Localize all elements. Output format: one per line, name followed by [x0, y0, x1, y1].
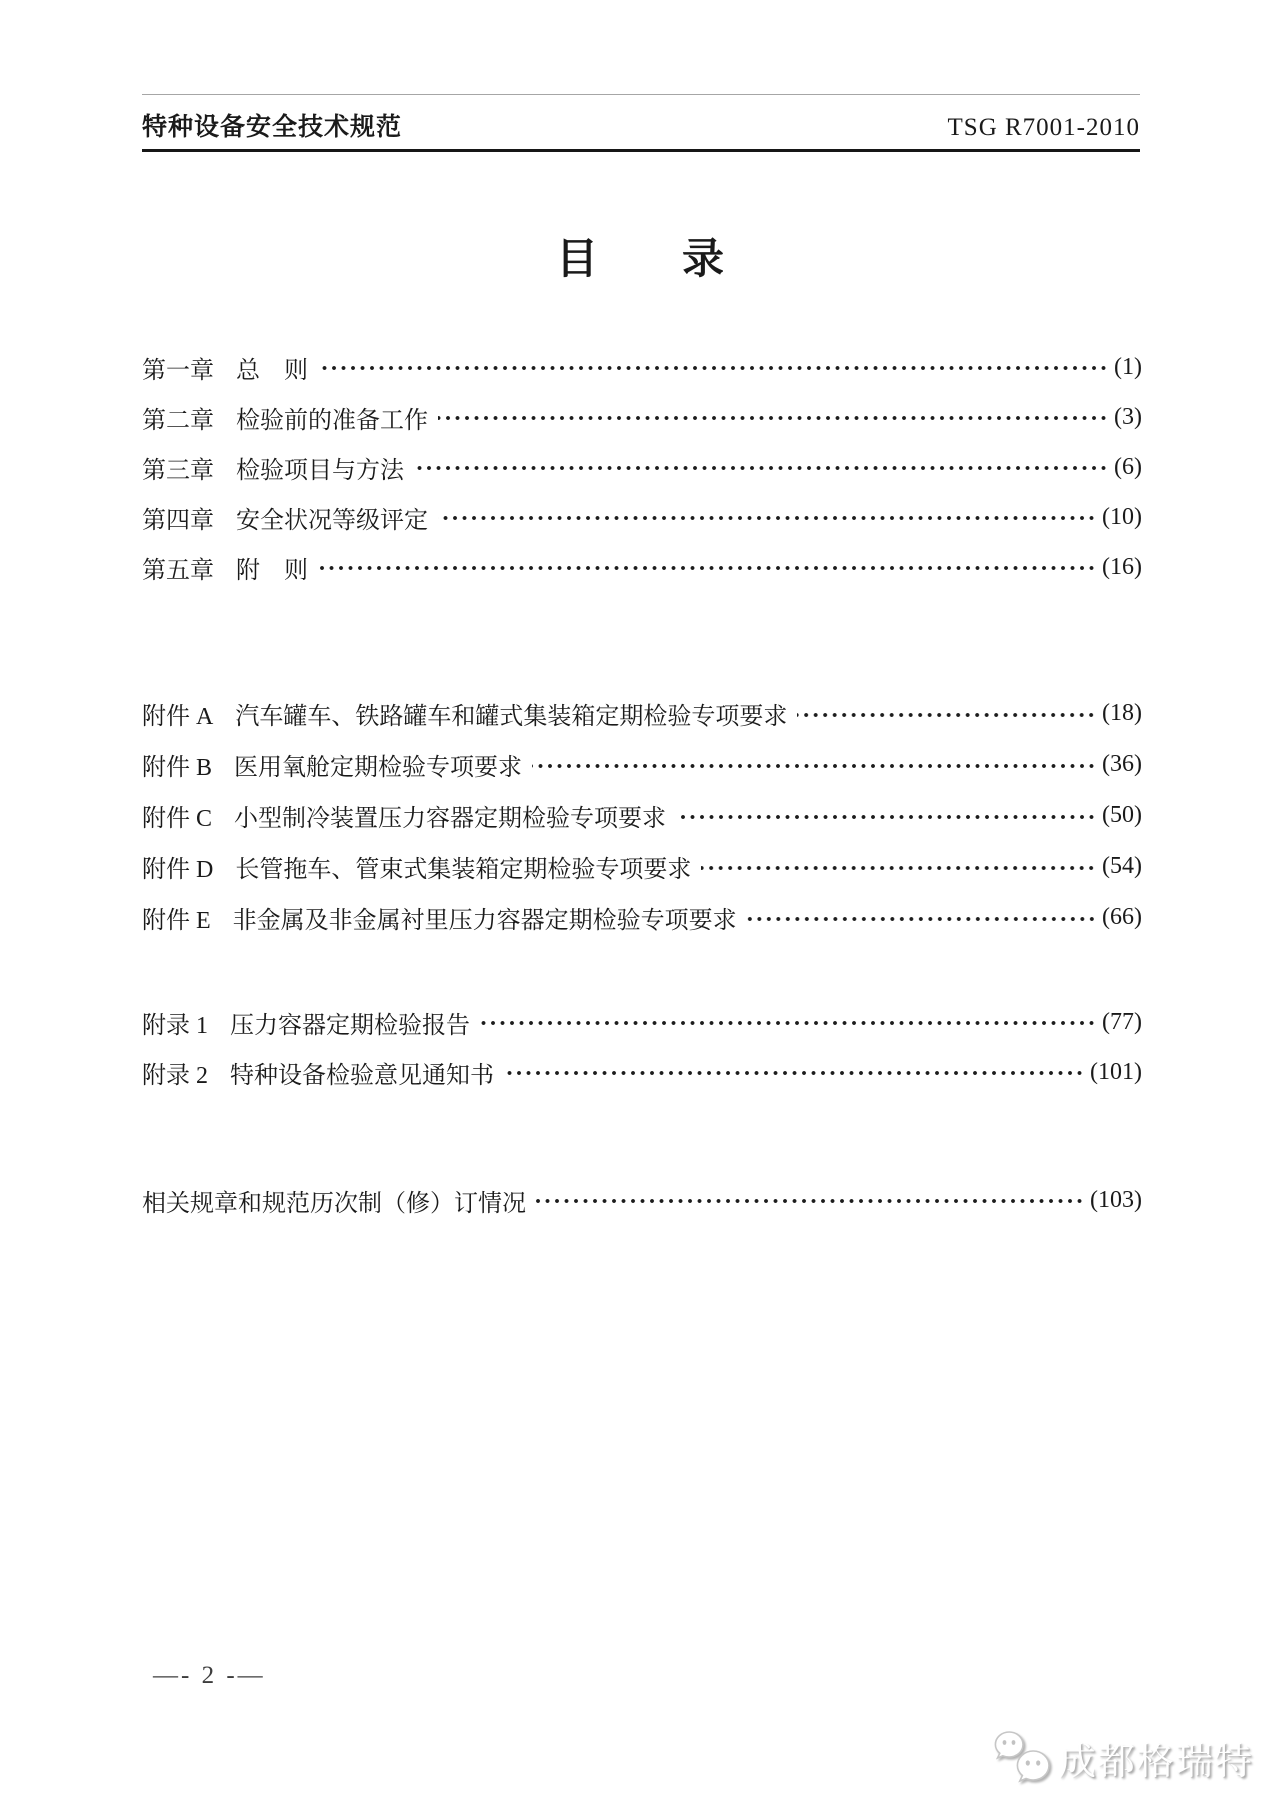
- toc-appendices-section: 附录 1压力容器定期检验报告(77)附录 2特种设备检验意见通知书(101): [142, 997, 1142, 1097]
- toc-entry: 附件 A汽车罐车、铁路罐车和罐式集装箱定期检验专项要求(18): [142, 688, 1142, 739]
- toc-entry-title: 医用氧舱定期检验专项要求: [234, 747, 522, 782]
- dot-leader: [676, 814, 1098, 820]
- toc-entry-title: 非金属及非金属衬里压力容器定期检验专项要求: [233, 900, 737, 935]
- toc-revision-section: 相关规章和规范历次制（修）订情况(103): [142, 1175, 1142, 1225]
- toc-entry-label: 第三章: [142, 450, 214, 485]
- toc-entry-label: 附录 2: [142, 1055, 208, 1090]
- toc-entry-label: 附件 D: [142, 849, 213, 884]
- header-standard-code: TSG R7001-2010: [948, 114, 1140, 142]
- toc-entry: 附录 1压力容器定期检验报告(77): [142, 997, 1142, 1047]
- dot-leader: [480, 1020, 1098, 1026]
- toc-entry: 附件 C小型制冷装置压力容器定期检验专项要求(50): [142, 790, 1142, 841]
- toc-entry-page-number: (54): [1102, 853, 1142, 880]
- toc-entry: 附件 B医用氧舱定期检验专项要求(36): [142, 739, 1142, 790]
- toc-entry: 第二章检验前的准备工作(3): [142, 392, 1142, 442]
- toc-entry-page-number: (101): [1090, 1059, 1142, 1086]
- toc-entry-page-number: (3): [1114, 404, 1142, 431]
- toc-entry-label: 附件 E: [142, 900, 211, 935]
- toc-entry-page-number: (1): [1114, 354, 1142, 381]
- toc-entry-page-number: (66): [1102, 904, 1142, 931]
- dot-leader: [318, 565, 1098, 571]
- dot-leader: [797, 712, 1098, 718]
- toc-entry-title: 特种设备检验意见通知书: [230, 1055, 494, 1090]
- toc-entry: 第五章附 则(16): [142, 542, 1142, 592]
- toc-entry-title: 小型制冷装置压力容器定期检验专项要求: [234, 798, 666, 833]
- header-document-name: 特种设备安全技术规范: [142, 107, 402, 143]
- toc-entry-title: 检验前的准备工作: [236, 400, 428, 435]
- toc-entry-page-number: (16): [1102, 554, 1142, 581]
- toc-entry-page-number: (10): [1102, 504, 1142, 531]
- toc-entry-title: 附 则: [236, 550, 308, 585]
- toc-entry-label: 附件 C: [142, 798, 212, 833]
- toc-entry-page-number: (18): [1102, 700, 1142, 727]
- toc-entry-title: 压力容器定期检验报告: [230, 1005, 470, 1040]
- toc-entry-page-number: (6): [1114, 454, 1142, 481]
- wechat-bubbles-icon: [993, 1730, 1051, 1786]
- toc-entry-title: 总 则: [236, 350, 308, 385]
- toc-attachments-section: 附件 A汽车罐车、铁路罐车和罐式集装箱定期检验专项要求(18)附件 B医用氧舱定…: [142, 688, 1142, 943]
- dot-leader: [414, 465, 1110, 471]
- toc-entry: 第一章总 则(1): [142, 342, 1142, 392]
- toc-entry-label: 附录 1: [142, 1005, 208, 1040]
- toc-entry-label: 附件 A: [142, 696, 213, 731]
- toc-entry: 第四章安全状况等级评定(10): [142, 492, 1142, 542]
- toc-chapters-section: 第一章总 则(1)第二章检验前的准备工作(3)第三章检验项目与方法(6)第四章安…: [142, 342, 1142, 592]
- dot-leader: [701, 865, 1098, 871]
- dot-leader: [438, 415, 1110, 421]
- toc-entry-label: 第五章: [142, 550, 214, 585]
- toc-entry-label: 第四章: [142, 500, 214, 535]
- toc-entry-page-number: (50): [1102, 802, 1142, 829]
- toc-entry-page-number: (36): [1102, 751, 1142, 778]
- toc-entry: 附件 D长管拖车、管束式集装箱定期检验专项要求(54): [142, 841, 1142, 892]
- toc-entry-page-number: (77): [1102, 1009, 1142, 1036]
- toc-entry-title: 安全状况等级评定: [236, 500, 428, 535]
- toc-entry-title: 检验项目与方法: [236, 450, 404, 485]
- page-header: 特种设备安全技术规范 TSG R7001-2010: [142, 94, 1140, 152]
- toc-entry-label: 附件 B: [142, 747, 212, 782]
- dot-leader: [747, 916, 1098, 922]
- toc-entry-title: 汽车罐车、铁路罐车和罐式集装箱定期检验专项要求: [235, 696, 787, 731]
- toc-entry-label: 第一章: [142, 350, 214, 385]
- watermark: 成都格瑞特: [993, 1730, 1254, 1786]
- toc-entry: 附录 2特种设备检验意见通知书(101): [142, 1047, 1142, 1097]
- toc-entry: 附件 E非金属及非金属衬里压力容器定期检验专项要求(66): [142, 892, 1142, 943]
- dot-leader: [438, 515, 1098, 521]
- page-title: 目 录: [0, 226, 1280, 286]
- toc-entry-label: 第二章: [142, 400, 214, 435]
- dot-leader: [504, 1070, 1086, 1076]
- toc-entry: 相关规章和规范历次制（修）订情况(103): [142, 1175, 1142, 1225]
- footer-page-number: —- 2 -—: [153, 1662, 266, 1690]
- watermark-brand-text: 成都格瑞特: [1059, 1731, 1254, 1785]
- document-page: 特种设备安全技术规范 TSG R7001-2010 目 录 第一章总 则(1)第…: [0, 0, 1280, 1810]
- toc-entry-title: 长管拖车、管束式集装箱定期检验专项要求: [235, 849, 691, 884]
- toc-entry-page-number: (103): [1090, 1187, 1142, 1214]
- toc-entry-title: 相关规章和规范历次制（修）订情况: [142, 1183, 526, 1218]
- toc-entry: 第三章检验项目与方法(6): [142, 442, 1142, 492]
- dot-leader: [536, 1198, 1086, 1204]
- dot-leader: [318, 365, 1110, 371]
- dot-leader: [532, 763, 1098, 769]
